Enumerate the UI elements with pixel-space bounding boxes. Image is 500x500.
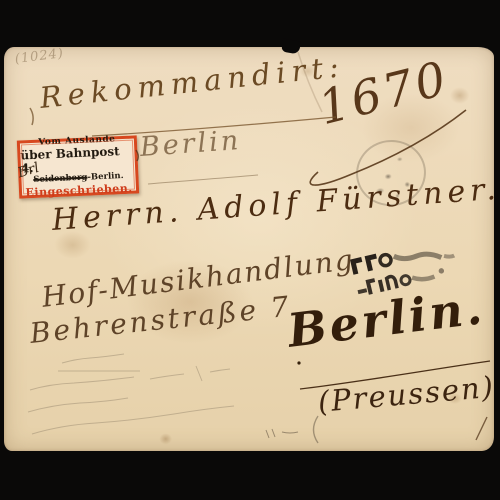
label-line-3-rest: -Berlin. bbox=[87, 171, 124, 183]
city-endorsement-top: Berlin bbox=[139, 127, 242, 161]
registration-label: Vom Auslande über Bahnpost 4. Seidenberg… bbox=[17, 135, 139, 198]
photo-of-postal-cover: (1024) Rekommandirt: 1670 Berlin Herrn. … bbox=[0, 0, 500, 500]
